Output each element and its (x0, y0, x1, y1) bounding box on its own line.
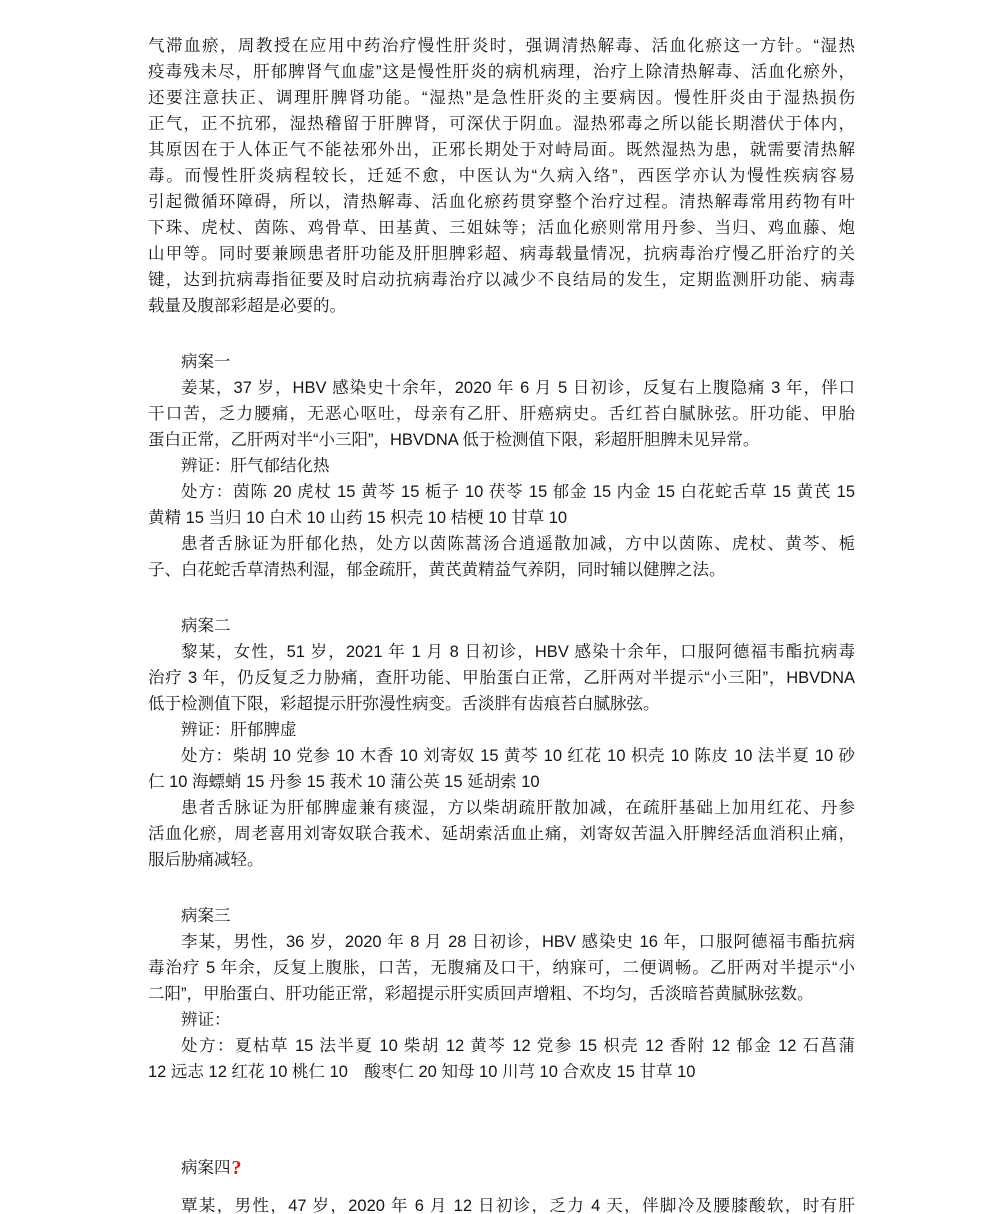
case-4-heading: 病案四? (148, 1155, 855, 1181)
case-1-patient-info: 姜某，37 岁，HBV 感染史十余年，2020 年 6 月 5 日初诊，反复右上… (148, 375, 855, 453)
text-line: 二阳”，甲胎蛋白、肝功能正常，彩超提示肝实质回声增粗、不均匀，舌淡暗苔黄腻脉弦数… (148, 981, 855, 1007)
case-1-heading: 病案一 (148, 349, 855, 375)
text-line: 气滞血瘀，周教授在应用中药治疗慢性肝炎时，强调清热解毒、活血化瘀这一方针。“湿热 (148, 33, 855, 59)
vertical-gap (148, 1085, 855, 1115)
text-line: 处方：夏枯草 15 法半夏 10 柴胡 12 黄芩 12 党参 15 枳壳 12… (148, 1033, 855, 1059)
text-line: 下珠、虎杖、茵陈、鸡骨草、田基黄、三姐妹等；活血化瘀则常用丹参、当归、鸡血藤、炮 (148, 215, 855, 241)
text-line: 李某，男性，36 岁，2020 年 8 月 28 日初诊，HBV 感染史 16 … (148, 929, 855, 955)
vertical-gap (148, 1115, 855, 1155)
case-3-prescription: 处方：夏枯草 15 法半夏 10 柴胡 12 黄芩 12 党参 15 枳壳 12… (148, 1033, 855, 1085)
case-2-heading: 病案二 (148, 613, 855, 639)
text-line: 覃某，男性，47 岁，2020 年 6 月 12 日初诊，乏力 4 天，伴脚冷及… (148, 1193, 855, 1214)
text-line: 载量及腹部彩超是必要的。 (148, 293, 855, 319)
text-line: 其原因在于人体正气不能祛邪外出，正邪长期处于对峙局面。既然湿热为患，就需要清热解 (148, 137, 855, 163)
text-line: 黎某，女性，51 岁，2021 年 1 月 8 日初诊，HBV 感染十余年，口服… (148, 639, 855, 665)
text-line: 活血化瘀，周老喜用刘寄奴联合莪术、延胡索活血止痛，刘寄奴苦温入肝脾经活血消积止痛… (148, 821, 855, 847)
text-line: 疫毒残未尽，肝郁脾肾气血虚”这是慢性肝炎的病机病理，治疗上除清热解毒、活血化瘀外… (148, 59, 855, 85)
case-3-diagnosis: 辨证： (148, 1007, 855, 1033)
text-line: 毒治疗 5 年余，反复上腹胀，口苦，无腹痛及口干，纳寐可，二便调畅。乙肝两对半提… (148, 955, 855, 981)
text-line: 12 远志 12 红花 10 桃仁 10 酸枣仁 20 知母 10 川芎 10 … (148, 1059, 855, 1085)
text-line: 病案四? (148, 1155, 855, 1181)
text-line: 治疗 3 年，仍反复乏力胁痛，查肝功能、甲胎蛋白正常，乙肝两对半提示“小三阳”，… (148, 665, 855, 691)
text-line: 辨证：肝气郁结化热 (148, 453, 855, 479)
case-3-heading: 病案三 (148, 903, 855, 929)
text-line: 病案一 (148, 349, 855, 375)
text-line: 患者舌脉证为肝郁脾虚兼有痰湿，方以柴胡疏肝散加减，在疏肝基础上加用红花、丹参 (148, 795, 855, 821)
case-1-diagnosis: 辨证：肝气郁结化热 (148, 453, 855, 479)
text-line: 山甲等。同时要兼顾患者肝功能及肝胆脾彩超、病毒载量情况，抗病毒治疗慢乙肝治疗的关 (148, 241, 855, 267)
text-line: 仁 10 海螵蛸 15 丹参 15 莪术 10 蒲公英 15 延胡索 10 (148, 769, 855, 795)
text-line: 处方：柴胡 10 党参 10 木香 10 刘寄奴 15 黄芩 10 红花 10 … (148, 743, 855, 769)
vertical-gap (148, 873, 855, 903)
text-line: 低于检测值下限，彩超提示肝弥漫性病变。舌淡胖有齿痕苔白腻脉弦。 (148, 691, 855, 717)
vertical-gap (148, 319, 855, 349)
case-2-diagnosis: 辨证：肝郁脾虚 (148, 717, 855, 743)
vertical-gap (148, 583, 855, 613)
text-line: 正气，正不抗邪，湿热稽留于肝脾肾，可深伏于阴血。湿热邪毒之所以能长期潜伏于体内， (148, 111, 855, 137)
vertical-gap (148, 1181, 855, 1193)
text-line: 键，达到抗病毒指征要及时启动抗病毒治疗以减少不良结局的发生，定期监测肝功能、病毒 (148, 267, 855, 293)
text-line: 病案三 (148, 903, 855, 929)
red-question-mark: ? (231, 1157, 242, 1179)
intro-paragraph: 气滞血瘀，周教授在应用中药治疗慢性肝炎时，强调清热解毒、活血化瘀这一方针。“湿热… (148, 33, 855, 319)
case-2-prescription: 处方：柴胡 10 党参 10 木香 10 刘寄奴 15 黄芩 10 红花 10 … (148, 743, 855, 795)
text-line: 子、白花蛇舌草清热利湿，郁金疏肝，黄芪黄精益气养阴，同时辅以健脾之法。 (148, 557, 855, 583)
case-3-patient-info: 李某，男性，36 岁，2020 年 8 月 28 日初诊，HBV 感染史 16 … (148, 929, 855, 1007)
text-line: 处方：茵陈 20 虎杖 15 黄芩 15 栀子 10 茯苓 15 郁金 15 内… (148, 479, 855, 505)
document-page: 气滞血瘀，周教授在应用中药治疗慢性肝炎时，强调清热解毒、活血化瘀这一方针。“湿热… (0, 0, 1000, 1214)
text-line: 辨证： (148, 1007, 855, 1033)
text-line: 引起微循环障碍，所以，清热解毒、活血化瘀药贯穿整个治疗过程。清热解毒常用药物有叶 (148, 189, 855, 215)
text-line: 服后胁痛减轻。 (148, 847, 855, 873)
text-line: 干口苦，乏力腰痛，无恶心呕吐，母亲有乙肝、肝癌病史。舌红苔白腻脉弦。肝功能、甲胎 (148, 401, 855, 427)
text-line: 黄精 15 当归 10 白术 10 山药 15 枳壳 10 桔梗 10 甘草 1… (148, 505, 855, 531)
case-2-analysis: 患者舌脉证为肝郁脾虚兼有痰湿，方以柴胡疏肝散加减，在疏肝基础上加用红花、丹参活血… (148, 795, 855, 873)
case-4-patient-info: 覃某，男性，47 岁，2020 年 6 月 12 日初诊，乏力 4 天，伴脚冷及… (148, 1193, 855, 1214)
text-line: 患者舌脉证为肝郁化热，处方以茵陈蒿汤合逍遥散加减，方中以茵陈、虎杖、黄芩、栀 (148, 531, 855, 557)
case-2-patient-info: 黎某，女性，51 岁，2021 年 1 月 8 日初诊，HBV 感染十余年，口服… (148, 639, 855, 717)
text-line: 姜某，37 岁，HBV 感染史十余年，2020 年 6 月 5 日初诊，反复右上… (148, 375, 855, 401)
case-1-prescription: 处方：茵陈 20 虎杖 15 黄芩 15 栀子 10 茯苓 15 郁金 15 内… (148, 479, 855, 531)
text-line: 蛋白正常，乙肝两对半“小三阳”，HBVDNA 低于检测值下限，彩超肝胆脾未见异常… (148, 427, 855, 453)
text-line: 还要注意扶正、调理肝脾肾功能。“湿热”是急性肝炎的主要病因。慢性肝炎由于湿热损伤 (148, 85, 855, 111)
case-1-analysis: 患者舌脉证为肝郁化热，处方以茵陈蒿汤合逍遥散加减，方中以茵陈、虎杖、黄芩、栀子、… (148, 531, 855, 583)
text-line: 辨证：肝郁脾虚 (148, 717, 855, 743)
text-line: 毒。而慢性肝炎病程较长，迁延不愈，中医认为“久病入络”，西医学亦认为慢性疾病容易 (148, 163, 855, 189)
text-line: 病案二 (148, 613, 855, 639)
